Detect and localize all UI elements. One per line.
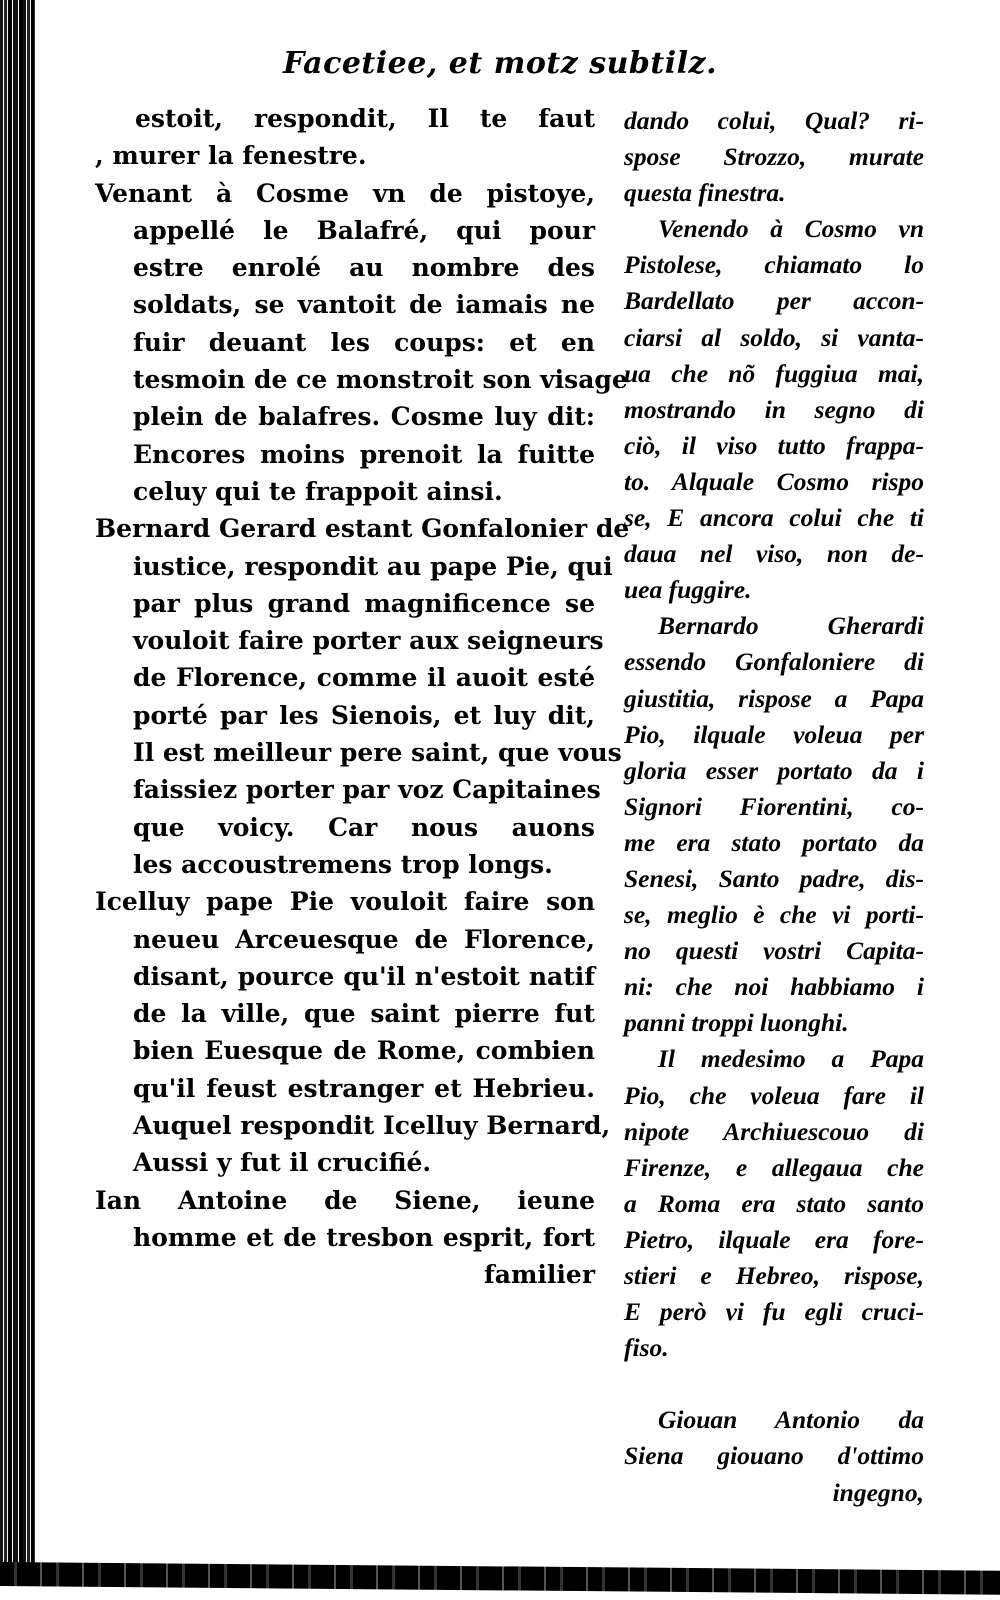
text-line: fiso. [624,1330,924,1366]
text-line: E però vi fu egli cruci- [624,1294,924,1330]
text-line: estoit, respondit, Il te faut [95,100,595,137]
paragraph-start-line: Giouan Antonio da [624,1402,924,1438]
text-line: qu'il feust estranger et Hebrieu. [95,1070,595,1107]
text-line: fuir deuant les coups: et en [95,324,595,361]
paragraph-start-line: Icelluy pape Pie vouloit faire son [95,883,595,920]
text-line: daua nel viso, non de- [624,536,924,572]
text-line: uea fuggire. [624,572,924,608]
text-line: dando colui, Qual? ri- [624,103,924,139]
text-line: par plus grand magnificence se [95,585,595,622]
text-line: vouloit faire porter aux seigneurs [95,622,595,659]
text-line: Pio, ilquale voleua per [624,717,924,753]
text-line: les accoustremens trop longs. [95,846,595,883]
paragraph-start-line: Ian Antoine de Siene, ieune [95,1182,595,1219]
book-page: Facetiee, et motz subtilz. estoit, respo… [0,0,1000,1600]
text-line: plein de balafres. Cosme luy dit: [95,398,595,435]
text-line: gloria esser portato da i [624,753,924,789]
text-line: spose Strozzo, murate [624,139,924,175]
paragraph-start-line: Il medesimo a Papa [624,1041,924,1077]
text-line: ni: che noi habbiamo i [624,969,924,1005]
text-line: de Florence, comme il auoit esté [95,659,595,696]
text-line: essendo Gonfaloniere di [624,644,924,680]
catchword-line: familier [95,1256,595,1293]
text-line: no questi vostri Capita- [624,933,924,969]
text-line: bien Euesque de Rome, combien [95,1032,595,1069]
text-line: neueu Arceuesque de Florence, [95,921,595,958]
text-line: soldats, se vantoit de iamais ne [95,286,595,323]
text-line: a Roma era stato santo [624,1186,924,1222]
gutter-edge [32,0,35,1565]
running-head: Facetiee, et motz subtilz. [0,46,1000,81]
paragraph-start-line: Venendo à Cosmo vn [624,211,924,247]
text-line: me era stato portato da [624,825,924,861]
text-line: ciò, il viso tutto frappa- [624,428,924,464]
text-line: panni troppi luonghi. [624,1005,924,1041]
text-line: Pio, che voleua fare il [624,1078,924,1114]
text-line: ua che nõ fuggiua mai, [624,356,924,392]
text-line: se, E ancora colui che ti [624,500,924,536]
paragraph-start-line: Venant à Cosme vn de pistoye, [95,175,595,212]
text-line: Pietro, ilquale era fore- [624,1222,924,1258]
catchword-line: ingegno, [624,1475,924,1511]
text-line: tesmoin de ce monstroit son visage [95,361,595,398]
text-line: disant, pource qu'il n'estoit natif [95,958,595,995]
book-spine-gutter [0,0,34,1565]
text-line: Encores moins prenoit la fuitte [95,436,595,473]
text-line: Bardellato per accon- [624,283,924,319]
text-line: de la ville, que saint pierre fut [95,995,595,1032]
text-line: to. Alquale Cosmo rispo [624,464,924,500]
text-line: mostrando in segno di [624,392,924,428]
text-line: nipote Archiuescouo di [624,1114,924,1150]
paragraph-gap [624,1366,924,1402]
text-line: Il est meilleur pere saint, que vous [95,734,595,771]
text-line: Aussi y fut il crucifié. [95,1144,595,1181]
page-bottom-edge [0,1562,1000,1595]
text-line: Pistolese, chiamato lo [624,247,924,283]
text-line: Signori Fiorentini, co- [624,789,924,825]
text-line: porté par les Sienois, et luy dit, [95,697,595,734]
paragraph-start-line: Bernard Gerard estant Gonfalonier de [95,510,595,547]
text-line: ciarsi al soldo, si vanta- [624,320,924,356]
text-line: giustitia, rispose a Papa [624,681,924,717]
text-line: appellé le Balafré, qui pour [95,212,595,249]
text-line: Firenze, e allegaua che [624,1150,924,1186]
french-column: estoit, respondit, Il te faut , murer la… [95,100,595,1294]
italian-column: dando colui, Qual? ri- spose Strozzo, mu… [624,103,924,1511]
text-line: Senesi, Santo padre, dis- [624,861,924,897]
text-line: homme et de tresbon esprit, fort [95,1219,595,1256]
text-line: , murer la fenestre. [95,137,595,174]
text-line: faissiez porter par voz Capitaines [95,771,595,808]
text-line: iustice, respondit au pape Pie, qui [95,548,595,585]
text-line: celuy qui te frappoit ainsi. [95,473,595,510]
text-line: que voicy. Car nous auons [95,809,595,846]
text-line: questa finestra. [624,175,924,211]
text-line: Siena giouano d'ottimo [624,1438,924,1474]
text-line: se, meglio è che vi porti- [624,897,924,933]
text-line: Auquel respondit Icelluy Bernard, [95,1107,595,1144]
paragraph-start-line: Bernardo Gherardi [624,608,924,644]
text-line: stieri e Hebreo, rispose, [624,1258,924,1294]
text-line: estre enrolé au nombre des [95,249,595,286]
